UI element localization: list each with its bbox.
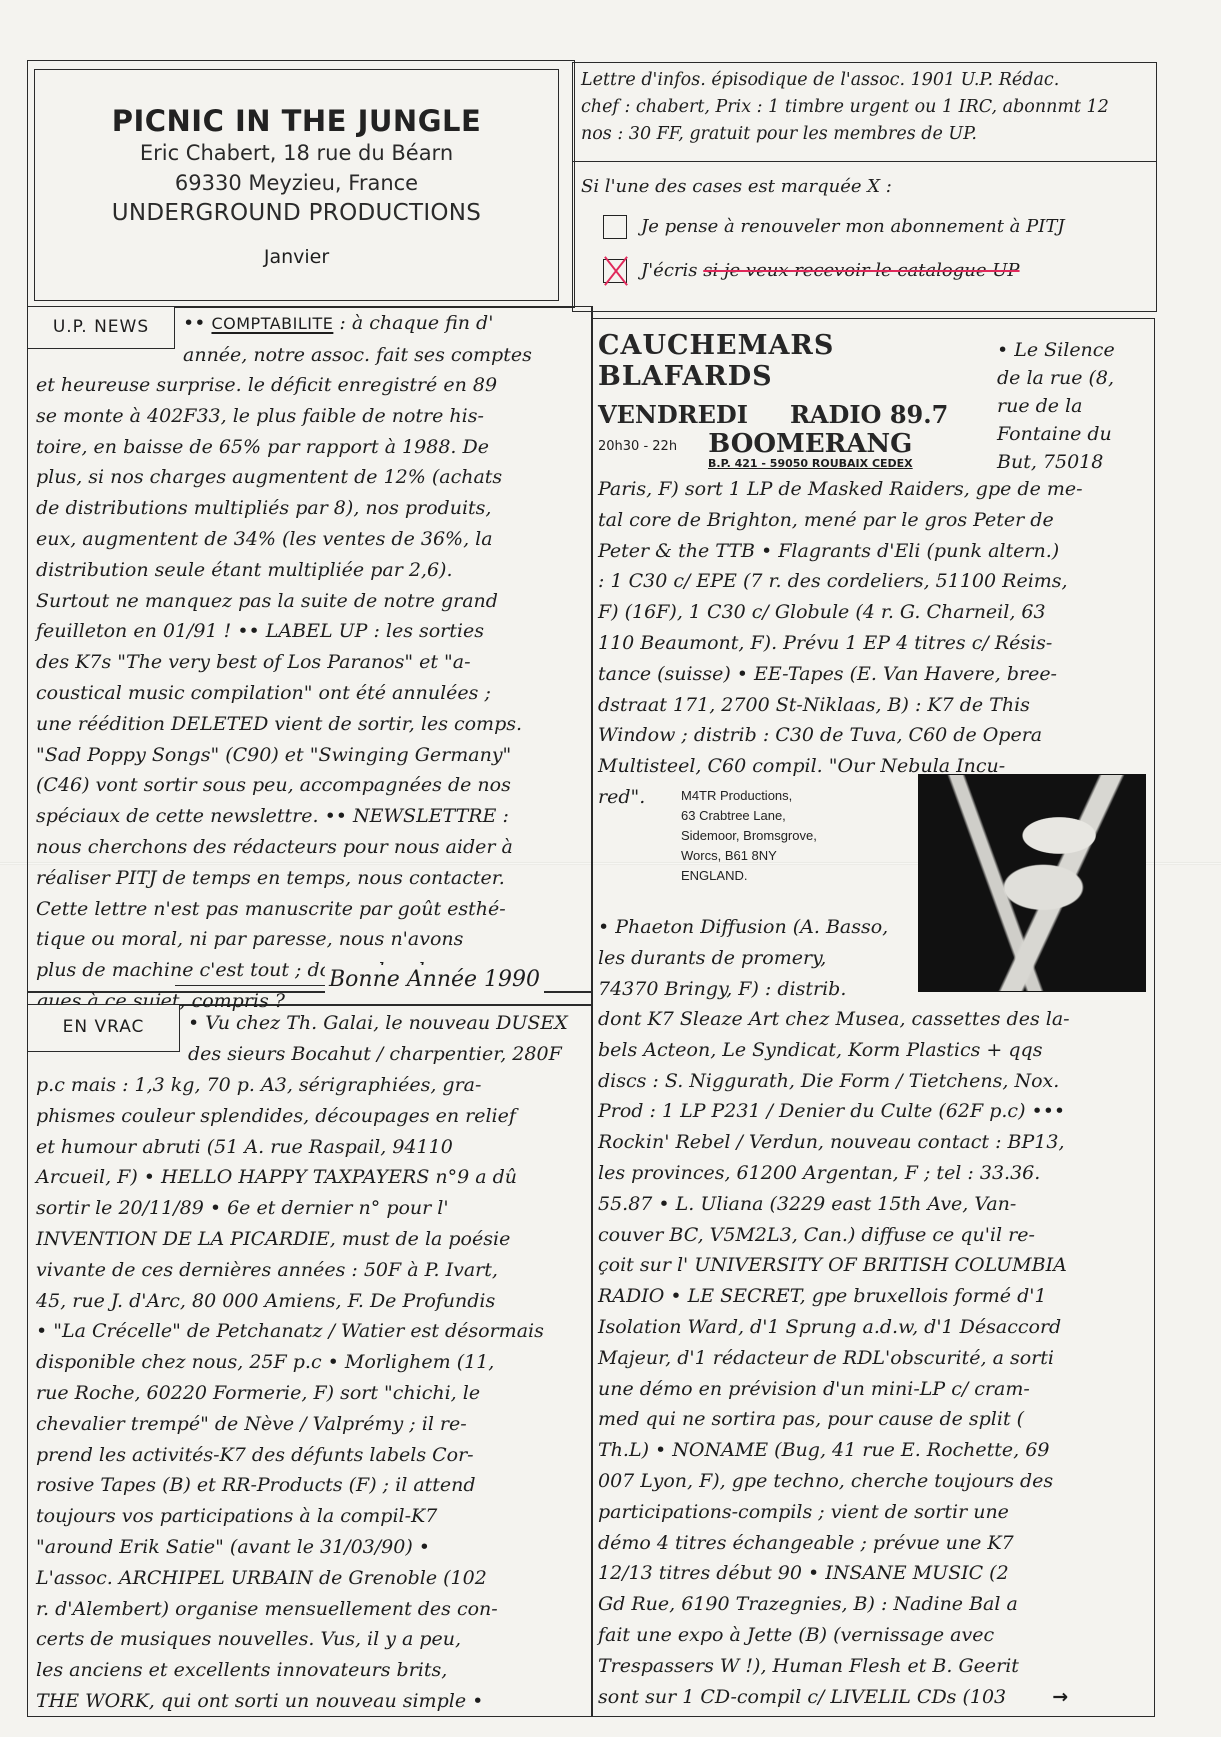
renew-checkbox[interactable] xyxy=(603,215,627,239)
text-line: des K7s "The very best of Los Paranos" e… xyxy=(36,647,588,678)
text-line: prend les activités-K7 des défunts label… xyxy=(36,1440,588,1471)
continue-arrow-icon: → xyxy=(1052,1686,1068,1708)
text-line: toire, en baisse de 65% par rapport à 19… xyxy=(36,432,588,463)
issue-month: Janvier xyxy=(35,246,558,268)
text-line: •• COMPTABILITE : à chaque fin d' xyxy=(183,308,588,340)
text-line: • "La Crécelle" de Petchanatz / Watier e… xyxy=(36,1316,588,1347)
text-line: THE WORK, qui ont sorti un nouveau simpl… xyxy=(36,1686,588,1717)
text-line: dont K7 Sleaze Art chez Musea, cassettes… xyxy=(598,1004,1153,1035)
text-line: et heureuse surprise. le déficit enregis… xyxy=(36,370,588,401)
text-line: disponible chez nous, 25F p.c • Morlighe… xyxy=(36,1347,588,1378)
text-line: certs de musiques nouvelles. Vus, il y a… xyxy=(36,1624,588,1655)
right-column-body-a: Paris, F) sort 1 LP de Masked Raiders, g… xyxy=(598,474,1153,813)
editor-address: Eric Chabert, 18 rue du Béarn xyxy=(35,138,558,168)
publication-info: Lettre d'infos. épisodique de l'assoc. 1… xyxy=(573,63,1156,162)
text-line: Rockin' Rebel / Verdun, nouveau contact … xyxy=(598,1127,1153,1158)
text-line: Isolation Ward, d'1 Sprung a.d.w, d'1 Dé… xyxy=(598,1312,1153,1343)
text-line: fait une expo à Jette (B) (vernissage av… xyxy=(598,1620,1153,1651)
newsletter-title: PICNIC IN THE JUNGLE xyxy=(35,104,558,138)
text-line: de distributions multipliés par 8), nos … xyxy=(36,493,588,524)
text-line: • Phaeton Diffusion (A. Basso, xyxy=(598,912,918,943)
radio-address: B.P. 421 - 59050 ROUBAIX CEDEX xyxy=(708,457,913,470)
text-line: rue de la xyxy=(997,392,1157,420)
text-line: couver BC, V5M2L3, Can.) diffuse ce qu'i… xyxy=(598,1220,1153,1251)
text-line: coustical music compilation" ont été ann… xyxy=(36,678,588,709)
text-line: • Le Silence xyxy=(997,336,1157,364)
text-line: Cette lettre n'est pas manuscrite par go… xyxy=(36,894,588,925)
text-line: une réédition DELETED vient de sortir, l… xyxy=(36,709,588,740)
up-news-body: et heureuse surprise. le déficit enregis… xyxy=(36,370,588,1017)
text-line: L'assoc. ARCHIPEL URBAIN de Grenoble (10… xyxy=(36,1563,588,1594)
en-vrac-body: p.c mais : 1,3 kg, 70 p. A3, sérigraphié… xyxy=(36,1070,588,1717)
address-line: ENGLAND. xyxy=(681,866,817,886)
radio-station: RADIO 89.7 xyxy=(790,400,948,429)
text-line: But, 75018 xyxy=(997,448,1157,476)
text-line: Paris, F) sort 1 LP de Masked Raiders, g… xyxy=(598,474,1153,505)
masthead: PICNIC IN THE JUNGLE Eric Chabert, 18 ru… xyxy=(34,69,559,301)
text-line: les anciens et excellents innovateurs br… xyxy=(36,1655,588,1686)
text-line: de la rue (8, xyxy=(997,364,1157,392)
m4tr-address: M4TR Productions, 63 Crabtree Lane, Side… xyxy=(681,786,817,886)
text-line: INVENTION DE LA PICARDIE, must de la poé… xyxy=(36,1224,588,1255)
catalogue-option[interactable]: J'écris si je veux recevoir le catalogue… xyxy=(603,256,1148,286)
text-line: vivante de ces dernières années : 50F à … xyxy=(36,1255,588,1286)
radio-station-row: VENDREDI RADIO 89.7 xyxy=(598,400,998,429)
text-line: Th.L) • NONAME (Bug, 41 rue E. Rochette,… xyxy=(598,1435,1153,1466)
silence-de-la-rue-intro: • Le Silence de la rue (8, rue de la Fon… xyxy=(997,336,1157,476)
text-line: Gd Rue, 6190 Trazegnies, B) : Nadine Bal… xyxy=(598,1589,1153,1620)
catalogue-label: J'écris xyxy=(641,256,698,286)
text-line: toujours vos participations à la compil-… xyxy=(36,1501,588,1532)
info-line: Lettre d'infos. épisodique de l'assoc. 1… xyxy=(581,67,1148,94)
section-tag-up-news: U.P. NEWS xyxy=(27,306,175,349)
text-line: Majeur, d'1 rédacteur de RDL'obscurité, … xyxy=(598,1343,1153,1374)
address-line: Worcs, B61 8NY xyxy=(681,846,817,866)
text-line: • Vu chez Th. Galai, le nouveau DUSEX xyxy=(188,1008,588,1039)
text-line: med qui ne sortira pas, pour cause de sp… xyxy=(598,1404,1153,1435)
radio-boomerang: BOOMERANG xyxy=(708,431,913,457)
text-line: démo 4 titres échangeable ; prévue une K… xyxy=(598,1528,1153,1559)
text-line: çoit sur l' UNIVERSITY OF BRITISH COLUMB… xyxy=(598,1250,1153,1281)
checkbox-section: Si l'une des cases est marquée X : Je pe… xyxy=(573,162,1156,286)
renew-subscription-option[interactable]: Je pense à renouveler mon abonnement à P… xyxy=(603,212,1148,242)
subscription-info-box: Lettre d'infos. épisodique de l'assoc. 1… xyxy=(572,62,1157,312)
address-line: Sidemoor, Bromsgrove, xyxy=(681,826,817,846)
text-line: eux, augmentent de 34% (les ventes de 36… xyxy=(36,524,588,555)
text-line: les durants de promery, xyxy=(598,943,918,974)
text-line: p.c mais : 1,3 kg, 70 p. A3, sérigraphié… xyxy=(36,1070,588,1101)
text-line: 110 Beaumont, F). Prévu 1 EP 4 titres c/… xyxy=(598,628,1153,659)
text-line: les provinces, 61200 Argentan, F ; tel :… xyxy=(598,1158,1153,1189)
text-line: sortir le 20/11/89 • 6e et dernier n° po… xyxy=(36,1193,588,1224)
text-line: et humour abruti (51 A. rue Raspail, 941… xyxy=(36,1132,588,1163)
en-vrac-intro: • Vu chez Th. Galai, le nouveau DUSEX de… xyxy=(188,1008,588,1070)
text-line: 55.87 • L. Uliana (3229 east 15th Ave, V… xyxy=(598,1189,1153,1220)
radio-ad: CAUCHEMARS BLAFARDS VENDREDI RADIO 89.7 … xyxy=(598,330,998,470)
text-line: Peter & the TTB • Flagrants d'Eli (punk … xyxy=(598,536,1153,567)
organization-name: UNDERGROUND PRODUCTIONS xyxy=(35,198,558,228)
text-line: tance (suisse) • EE-Tapes (E. Van Havere… xyxy=(598,659,1153,690)
text-line: Trespassers W !), Human Flesh et B. Geer… xyxy=(598,1651,1153,1682)
radio-time: 20h30 - 22h xyxy=(598,439,708,454)
text-line: chevalier trempé" de Nève / Valprémy ; i… xyxy=(36,1409,588,1440)
up-news-intro: •• COMPTABILITE : à chaque fin d' année,… xyxy=(183,308,588,371)
editor-city: 69330 Meyzieu, France xyxy=(35,168,558,198)
text-line: 74370 Bringy, F) : distrib. xyxy=(598,974,918,1005)
renew-label: Je pense à renouveler mon abonnement à P… xyxy=(641,212,1065,242)
text-line: 007 Lyon, F), gpe techno, cherche toujou… xyxy=(598,1466,1153,1497)
text-line: 12/13 titres début 90 • INSANE MUSIC (2 xyxy=(598,1558,1153,1589)
text-line: sont sur 1 CD-compil c/ LIVELIL CDs (103… xyxy=(598,1682,1153,1713)
address-line: 63 Crabtree Lane, xyxy=(681,806,817,826)
text-line: une démo en prévision d'un mini-LP c/ cr… xyxy=(598,1374,1153,1405)
text-line: Prod : 1 LP P231 / Denier du Culte (62F … xyxy=(598,1096,1153,1127)
text-line: participations-compils ; vient de sortir… xyxy=(598,1497,1153,1528)
text-line: Fontaine du xyxy=(997,420,1157,448)
sign-off-rule xyxy=(175,985,325,986)
text-line: plus, si nos charges augmentent de 12% (… xyxy=(36,462,588,493)
right-column-body-b: dont K7 Sleaze Art chez Musea, cassettes… xyxy=(598,1004,1153,1712)
text-line: phismes couleur splendides, découpages e… xyxy=(36,1101,588,1132)
catalogue-label-struck: si je veux recevoir le catalogue UP xyxy=(703,256,1019,286)
text-line: 45, rue J. d'Arc, 80 000 Amiens, F. De P… xyxy=(36,1286,588,1317)
info-line: chef : chabert, Prix : 1 timbre urgent o… xyxy=(581,94,1148,121)
text-line: F) (16F), 1 C30 c/ Globule (4 r. G. Char… xyxy=(598,597,1153,628)
radio-day: VENDREDI xyxy=(598,400,748,429)
text-line: rosive Tapes (B) et RR-Products (F) ; il… xyxy=(36,1470,588,1501)
text-line: feuilleton en 01/91 ! •• LABEL UP : les … xyxy=(36,616,588,647)
text-line: : 1 C30 c/ EPE (7 r. des cordeliers, 511… xyxy=(598,566,1153,597)
text-line: RADIO • LE SECRET, gpe bruxellois formé … xyxy=(598,1281,1153,1312)
text-line: r. d'Alembert) organise mensuellement de… xyxy=(36,1594,588,1625)
text-line: spéciaux de cette newslettre. •• NEWSLET… xyxy=(36,801,588,832)
info-line: nos : 30 FF, gratuit pour les membres de… xyxy=(581,121,1148,148)
text-line: réaliser PITJ de temps en temps, nous co… xyxy=(36,863,588,894)
phaeton-entry: • Phaeton Diffusion (A. Basso, les duran… xyxy=(598,912,918,1004)
text-line: "Sad Poppy Songs" (C90) et "Swinging Ger… xyxy=(36,740,588,771)
text-line: année, notre assoc. fait ses comptes xyxy=(183,340,588,371)
text-line: se monte à 402F33, le plus faible de not… xyxy=(36,401,588,432)
text-line: Surtout ne manquez pas la suite de notre… xyxy=(36,586,588,617)
text-line: bels Acteon, Le Syndicat, Korm Plastics … xyxy=(598,1035,1153,1066)
section-tag-en-vrac: EN VRAC xyxy=(27,1004,180,1052)
text-line: Arcueil, F) • HELLO HAPPY TAXPAYERS n°9 … xyxy=(36,1162,588,1193)
text-line: rue Roche, 60220 Formerie, F) sort "chic… xyxy=(36,1378,588,1409)
text-line: nous cherchons des rédacteurs pour nous … xyxy=(36,832,588,863)
text-line: tal core de Brighton, mené par le gros P… xyxy=(598,505,1153,536)
text-line: tique ou moral, ni par paresse, nous n'a… xyxy=(36,924,588,955)
radio-name-row: 20h30 - 22h BOOMERANG B.P. 421 - 59050 R… xyxy=(598,431,998,470)
text-line: discs : S. Niggurath, Die Form / Tietche… xyxy=(598,1066,1153,1097)
sign-off: Bonne Année 1990 xyxy=(325,965,544,996)
text-line: "around Erik Satie" (avant le 31/03/90) … xyxy=(36,1532,588,1563)
text-line: (C46) vont sortir sous peu, accompagnées… xyxy=(36,770,588,801)
text-line: dstraat 171, 2700 St-Niklaas, B) : K7 de… xyxy=(598,690,1153,721)
text-line: distribution seule étant multipliée par … xyxy=(36,555,588,586)
text-line: des sieurs Bocahut / charpentier, 280F xyxy=(188,1039,588,1070)
band-photo xyxy=(918,774,1146,992)
address-line: M4TR Productions, xyxy=(681,786,817,806)
radio-show-name: CAUCHEMARS BLAFARDS xyxy=(598,330,998,392)
text-line-content: sont sur 1 CD-compil c/ LIVELIL CDs (103 xyxy=(598,1686,1006,1708)
heading-comptabilite: COMPTABILITE xyxy=(211,314,333,333)
catalogue-checkbox-checked[interactable] xyxy=(603,259,627,283)
text-line: Window ; distrib : C30 de Tuva, C60 de O… xyxy=(598,720,1153,751)
checkbox-intro: Si l'une des cases est marquée X : xyxy=(581,172,1148,202)
